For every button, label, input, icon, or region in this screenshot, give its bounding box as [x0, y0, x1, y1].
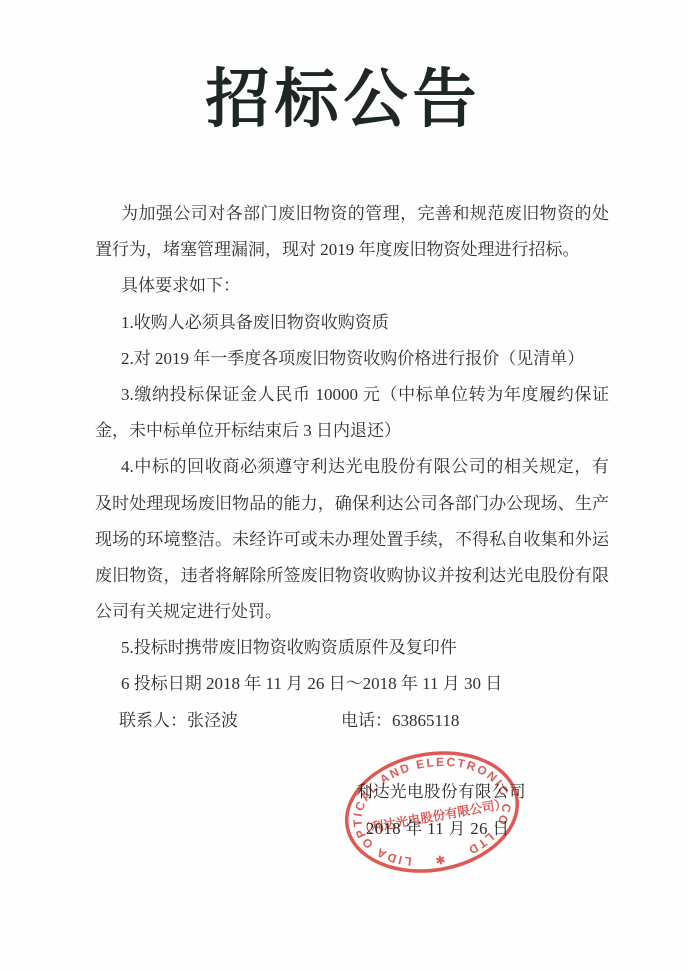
- body-line: 金，未中标单位开标结束后 3 日内退还）: [95, 413, 609, 449]
- body-line: 3.缴纳投标保证金人民币 10000 元（中标单位转为年度履约保证: [95, 377, 609, 413]
- body-line: 2.对 2019 年一季度各项废旧物资收购价格进行报价（见清单）: [95, 341, 609, 377]
- body-line: 1.收购人必须具备废旧物资收购资质: [95, 305, 609, 341]
- scanned-document-page: 招标公告 为加强公司对各部门废旧物资的管理，完善和规范废旧物资的处 置行为，堵塞…: [0, 0, 687, 970]
- contact-phone: 电话：63865118: [341, 703, 459, 739]
- document-body: 为加强公司对各部门废旧物资的管理，完善和规范废旧物资的处 置行为，堵塞管理漏洞，…: [95, 196, 609, 739]
- contact-person: 联系人：张泾波: [119, 703, 238, 739]
- seal-star-icon: ✱: [434, 852, 446, 868]
- body-line: 废旧物资，违者将解除所签废旧物资收购协议并按利达光电股份有限: [95, 558, 609, 594]
- body-line: 6 投标日期 2018 年 11 月 26 日～2018 年 11 月 30 日: [95, 666, 609, 702]
- body-line: 5.投标时携带废旧物资收购资质原件及复印件: [95, 630, 609, 666]
- body-line: 现场的环境整洁。未经许可或未办理处置手续，不得私自收集和外运: [95, 522, 609, 558]
- body-line: 公司有关规定进行处罚。: [95, 594, 609, 630]
- body-line: 置行为，堵塞管理漏洞，现对 2019 年度废旧物资处理进行招标。: [95, 232, 609, 268]
- signature-block: 利达光电股份有限公司 2018 年 11 月 26 日: [356, 782, 526, 839]
- signature-date: 2018 年 11 月 26 日: [356, 819, 526, 839]
- body-line: 4.中标的回收商必须遵守利达光电股份有限公司的相关规定，有: [95, 449, 609, 485]
- body-line: 及时处理现场废旧物品的能力，确保利达公司各部门办公现场、生产: [95, 486, 609, 522]
- body-line: 具体要求如下：: [95, 268, 609, 304]
- contact-row: 联系人：张泾波 电话：63865118: [95, 703, 609, 739]
- body-line: 为加强公司对各部门废旧物资的管理，完善和规范废旧物资的处: [95, 196, 609, 232]
- document-title: 招标公告: [0, 48, 687, 140]
- signature-company: 利达光电股份有限公司: [356, 782, 526, 802]
